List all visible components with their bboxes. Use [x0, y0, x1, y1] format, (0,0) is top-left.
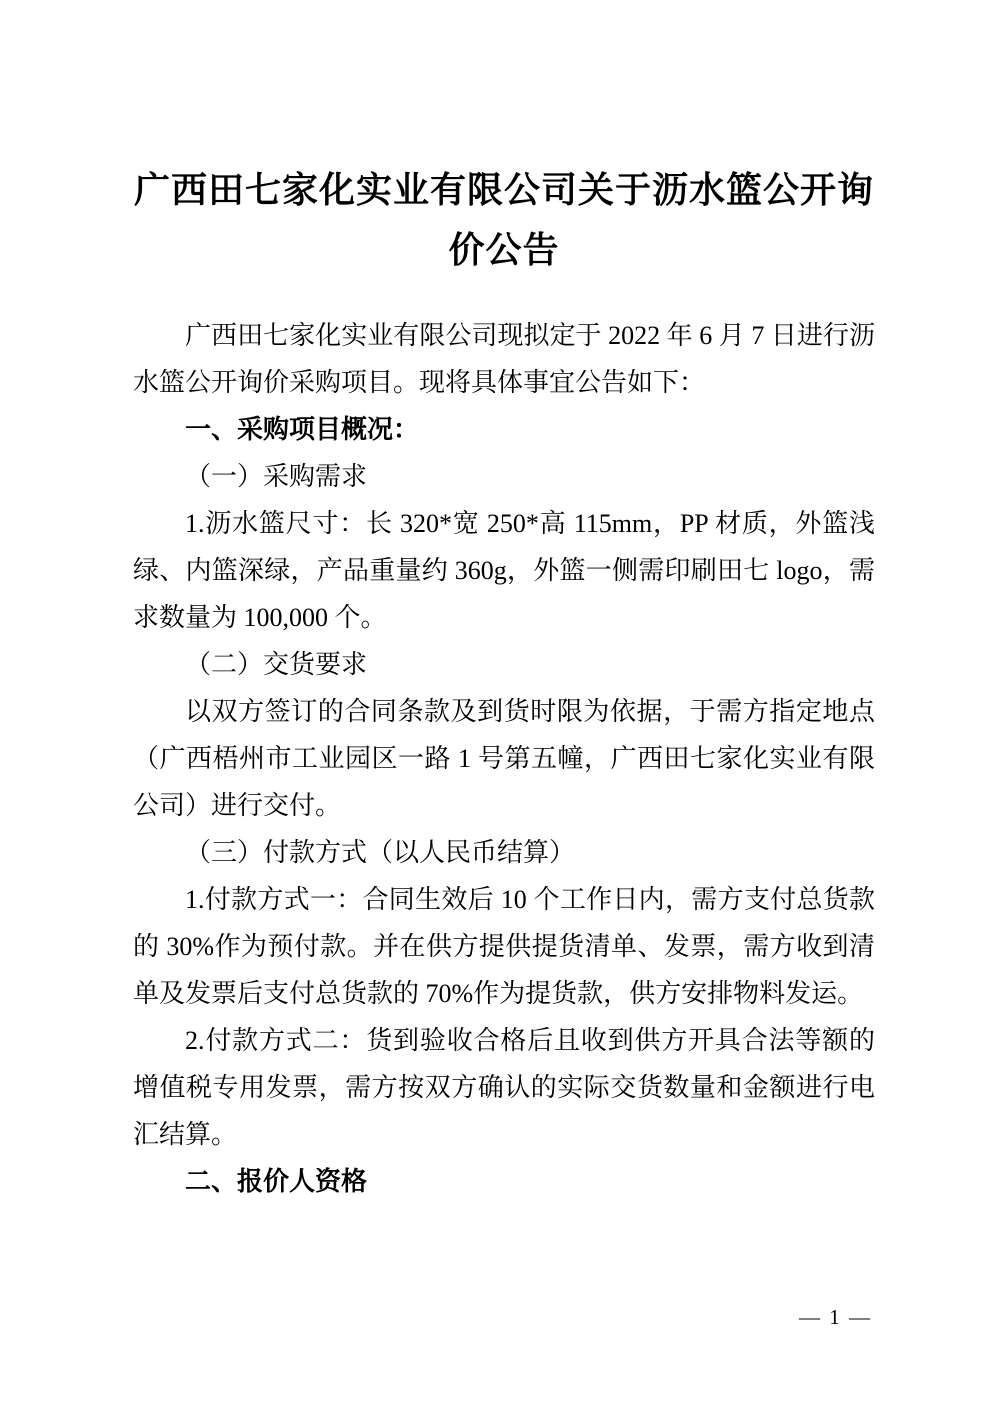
section-2-heading: 二、报价人资格	[133, 1158, 875, 1205]
subsection-2-body: 以双方签订的合同条款及到货时限为依据，于需方指定地点（广西梧州市工业园区一路 1…	[133, 688, 875, 829]
document-page: 广西田七家化实业有限公司关于沥水篮公开询价公告 广西田七家化实业有限公司现拟定于…	[0, 0, 1000, 1414]
document-title: 广西田七家化实业有限公司关于沥水篮公开询价公告	[133, 160, 875, 280]
subsection-3-body-2: 2.付款方式二：货到验收合格后且收到供方开具合法等额的增值税专用发票，需方按双方…	[133, 1017, 875, 1158]
intro-paragraph: 广西田七家化实业有限公司现拟定于 2022 年 6 月 7 日进行沥水篮公开询价…	[133, 312, 875, 406]
subsection-1-body: 1.沥水篮尺寸：长 320*宽 250*高 115mm，PP 材质，外篮浅绿、内…	[133, 500, 875, 641]
subsection-1-heading: （一）采购需求	[133, 453, 875, 500]
page-number: — 1 —	[799, 1305, 872, 1330]
subsection-3-body-1: 1.付款方式一：合同生效后 10 个工作日内，需方支付总货款的 30%作为预付款…	[133, 876, 875, 1017]
section-1-heading: 一、采购项目概况：	[133, 406, 875, 453]
document-content: 广西田七家化实业有限公司关于沥水篮公开询价公告 广西田七家化实业有限公司现拟定于…	[133, 160, 875, 1205]
subsection-3-heading: （三）付款方式（以人民币结算）	[133, 829, 875, 876]
subsection-2-heading: （二）交货要求	[133, 641, 875, 688]
